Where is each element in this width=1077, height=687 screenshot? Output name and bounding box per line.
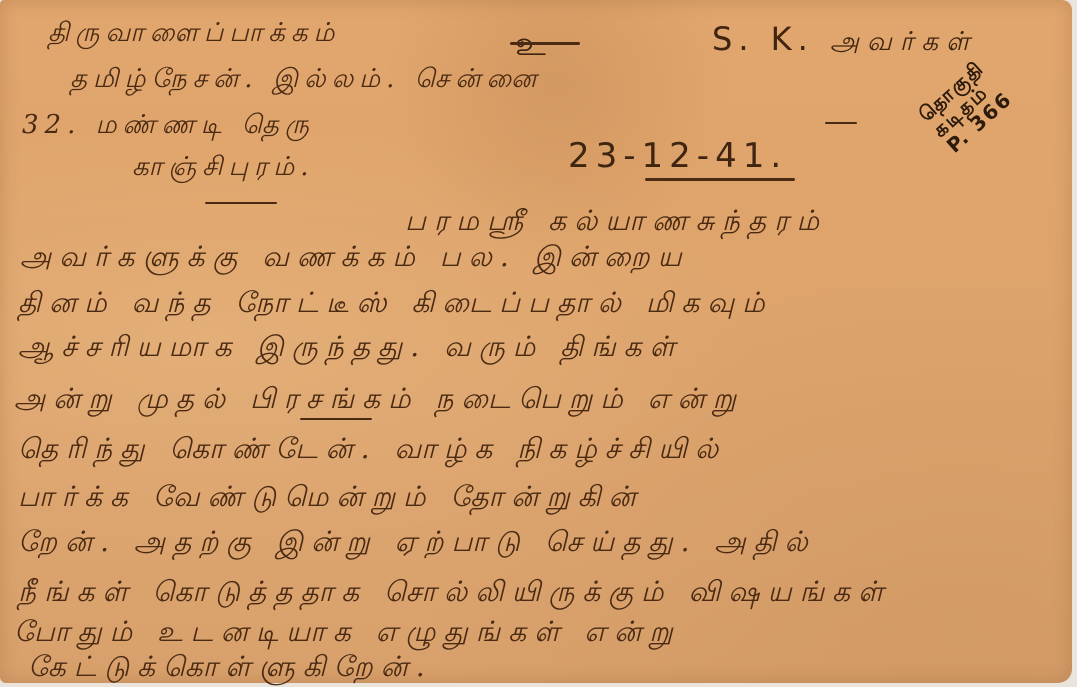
letter-date: 23-12-41. [568, 136, 787, 176]
body-line-11: கேட்டுக்கொள்ளுகிறேன். [28, 650, 433, 687]
address-line-2: தமிழ்நேசன். இல்லம். சென்னை [70, 64, 542, 97]
address-line-4: காஞ்சிபுரம். [132, 152, 314, 185]
address-line-3: 32. மண்ணடி தெரு [22, 110, 315, 143]
body-line-2: அவர்களுக்கு வணக்கம் பல. இன்றைய [20, 240, 690, 277]
postcard: திருவாளைப்பாக்கம் உ S. K. அவர்கள் தமிழ்ந… [0, 0, 1072, 683]
body-line-7: பார்க்க வேண்டுமென்றும் தோன்றுகின் [18, 480, 644, 517]
addressee-initials: S. K. [712, 20, 814, 58]
addressee-name: S. K. அவர்கள் [712, 20, 977, 60]
body-line-8: றேன். அதற்கு இன்று ஏற்பாடு செய்தது. அதில… [18, 525, 816, 562]
body-line-9: நீங்கள் கொடுத்ததாக சொல்லியிருக்கும் விஷய… [18, 575, 891, 612]
archive-stamp: தொகுதி கடிதம் P. 366 [915, 57, 1016, 157]
body-line-1: பரமஸ்ரீ கல்யாணசுந்தரம் [405, 204, 827, 241]
date-overline [825, 122, 857, 124]
body-underline [300, 418, 372, 420]
body-line-10: போதும் உடனடியாக எழுதுங்கள் என்று [14, 615, 681, 652]
addressee-honorific: அவர்கள் [830, 27, 977, 57]
body-line-5: அன்று முதல் பிரசங்கம் நடைபெறும் என்று [14, 382, 744, 419]
city-underline [205, 202, 277, 204]
body-line-4: ஆச்சரியமாக இருந்தது. வரும் திங்கள் [18, 330, 683, 367]
body-line-6: தெரிந்து கொண்டேன். வாழ்க நிகழ்ச்சியில் [18, 432, 726, 469]
date-underline [645, 178, 795, 181]
address-line-1: திருவாளைப்பாக்கம் [48, 18, 340, 51]
initial-underline [510, 42, 580, 45]
body-line-3: தினம் வந்த நோட்டீஸ் கிடைப்பதால் மிகவும் [18, 286, 773, 323]
address-initial: உ [515, 24, 546, 68]
